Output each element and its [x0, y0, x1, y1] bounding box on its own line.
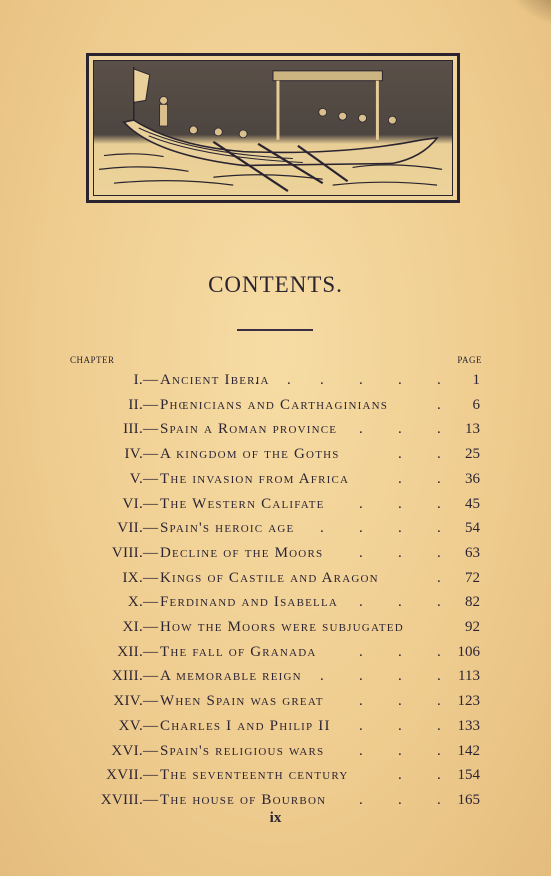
toc-entry: IV.—A kingdom of the Goths..25 — [0, 443, 551, 465]
leader-dot: . — [398, 764, 402, 786]
chapter-title: The seventeenth century — [160, 764, 348, 786]
em-dash-separator: — — [143, 394, 158, 416]
chapter-title: Phœnicians and Carthaginians — [160, 394, 388, 416]
toc-entry: XI.—How the Moors were subjugated92 — [0, 616, 551, 638]
toc-entry: X.—Ferdinand and Isabella...82 — [0, 591, 551, 613]
barge-engraving — [93, 60, 453, 196]
page-number: 63 — [465, 542, 480, 564]
page-number: 25 — [465, 443, 480, 465]
chapter-numeral: II. — [128, 394, 143, 416]
chapter-numeral: XIII. — [112, 665, 143, 687]
chapter-title: Ancient Iberia — [160, 369, 270, 391]
chapter-numeral: I. — [134, 369, 143, 391]
leader-dot: . — [398, 789, 402, 811]
toc-entry: II.—Phœnicians and Carthaginians.6 — [0, 394, 551, 416]
leader-dot: . — [437, 789, 441, 811]
toc-entry: V.—The invasion from Africa..36 — [0, 468, 551, 490]
page-number: 106 — [458, 641, 481, 663]
leader-dot: . — [359, 665, 363, 687]
em-dash-separator: — — [143, 616, 158, 638]
page-number: 13 — [465, 418, 480, 440]
leader-dot: . — [398, 468, 402, 490]
em-dash-separator: — — [143, 665, 158, 687]
chapter-numeral: VII. — [117, 517, 143, 539]
em-dash-separator: — — [143, 369, 158, 391]
chapter-title: The Western Califate — [160, 493, 325, 515]
page-number: 82 — [465, 591, 480, 613]
leader-dot: . — [437, 567, 441, 589]
page-folio: ix — [0, 810, 551, 827]
chapter-numeral: VIII. — [112, 542, 143, 564]
leader-dot: . — [359, 740, 363, 762]
leader-dot: . — [437, 715, 441, 737]
page-number: 6 — [473, 394, 481, 416]
em-dash-separator: — — [143, 443, 158, 465]
leader-dot: . — [359, 369, 363, 391]
toc-entry: VIII.—Decline of the Moors...63 — [0, 542, 551, 564]
em-dash-separator: — — [143, 418, 158, 440]
page-number: 154 — [458, 764, 481, 786]
title-rule-divider — [237, 329, 313, 331]
chapter-numeral: XV. — [119, 715, 143, 737]
em-dash-separator: — — [143, 764, 158, 786]
page-number: 1 — [473, 369, 481, 391]
leader-dot: . — [359, 690, 363, 712]
leader-dot: . — [437, 542, 441, 564]
chapter-title: Charles I and Philip II — [160, 715, 331, 737]
page-number: 36 — [465, 468, 480, 490]
em-dash-separator: — — [143, 567, 158, 589]
chapter-numeral: X. — [128, 591, 143, 613]
chapter-numeral: V. — [130, 468, 143, 490]
page-number: 133 — [458, 715, 481, 737]
leader-dot: . — [437, 641, 441, 663]
em-dash-separator: — — [143, 542, 158, 564]
leader-dot: . — [398, 665, 402, 687]
barge-engraving-icon — [94, 61, 452, 195]
toc-entry: XVI.—Spain's religious wars...142 — [0, 740, 551, 762]
leader-dot: . — [437, 690, 441, 712]
chapter-title: When Spain was great — [160, 690, 324, 712]
page-column-header: PAGE — [457, 355, 482, 365]
page-number: 45 — [465, 493, 480, 515]
leader-dot: . — [437, 369, 441, 391]
chapter-title: The house of Bourbon — [160, 789, 326, 811]
toc-entry: XII.—The fall of Granada...106 — [0, 641, 551, 663]
toc-entry: XV.—Charles I and Philip II...133 — [0, 715, 551, 737]
leader-dot: . — [398, 418, 402, 440]
leader-dot: . — [398, 690, 402, 712]
toc-entry: XVIII.—The house of Bourbon...165 — [0, 789, 551, 811]
leader-dot: . — [437, 394, 441, 416]
em-dash-separator: — — [143, 517, 158, 539]
chapter-title: Decline of the Moors — [160, 542, 323, 564]
leader-dot: . — [398, 517, 402, 539]
em-dash-separator: — — [143, 641, 158, 663]
leader-dot: . — [359, 418, 363, 440]
leader-dot: . — [437, 591, 441, 613]
page-number: 142 — [458, 740, 481, 762]
toc-entry: IX.—Kings of Castile and Aragon.72 — [0, 567, 551, 589]
chapter-numeral: IX. — [123, 567, 143, 589]
leader-dot: . — [398, 369, 402, 391]
leader-dot: . — [320, 369, 324, 391]
leader-dot: . — [320, 517, 324, 539]
chapter-numeral: VI. — [123, 493, 143, 515]
leader-dot: . — [398, 715, 402, 737]
toc-entry: XIV.—When Spain was great...123 — [0, 690, 551, 712]
toc-entry: VI.—The Western Califate...45 — [0, 493, 551, 515]
leader-dot: . — [320, 665, 324, 687]
toc-entry: I.—Ancient Iberia......1 — [0, 369, 551, 391]
chapter-column-header: CHAPTER — [70, 355, 115, 365]
leader-dot: . — [398, 443, 402, 465]
chapter-title: The invasion from Africa — [160, 468, 349, 490]
chapter-title: Kings of Castile and Aragon — [160, 567, 379, 589]
leader-dot: . — [398, 493, 402, 515]
page-number: 165 — [458, 789, 481, 811]
chapter-numeral: XVI. — [111, 740, 143, 762]
page-number: 123 — [458, 690, 481, 712]
leader-dot: . — [359, 789, 363, 811]
leader-dot: . — [437, 665, 441, 687]
chapter-numeral: XII. — [117, 641, 143, 663]
leader-dot: . — [398, 591, 402, 613]
leader-dot: . — [359, 542, 363, 564]
page-number: 113 — [458, 665, 480, 687]
em-dash-separator: — — [143, 591, 158, 613]
leader-dot: . — [255, 369, 259, 391]
em-dash-separator: — — [143, 468, 158, 490]
column-header-row: CHAPTER PAGE — [70, 355, 482, 367]
leader-dot: . — [437, 517, 441, 539]
leader-dot: . — [437, 764, 441, 786]
page-number: 72 — [465, 567, 480, 589]
leader-dot: . — [398, 641, 402, 663]
page-number: 54 — [465, 517, 480, 539]
leader-dot: . — [359, 493, 363, 515]
chapter-title: Ferdinand and Isabella — [160, 591, 338, 613]
em-dash-separator: — — [143, 715, 158, 737]
leader-dot: . — [437, 418, 441, 440]
toc-entry: XIII.—A memorable reign....113 — [0, 665, 551, 687]
chapter-title: A kingdom of the Goths — [160, 443, 340, 465]
leader-dot: . — [437, 468, 441, 490]
leader-dot: . — [437, 493, 441, 515]
leader-dot: . — [359, 641, 363, 663]
em-dash-separator: — — [143, 789, 158, 811]
leader-dot: . — [359, 591, 363, 613]
chapter-numeral: XIV. — [113, 690, 143, 712]
leader-dot: . — [359, 715, 363, 737]
header-illustration — [86, 53, 460, 203]
page-title: CONTENTS. — [0, 272, 551, 298]
em-dash-separator: — — [143, 740, 158, 762]
chapter-numeral: XVIII. — [101, 789, 143, 811]
leader-dot: . — [437, 443, 441, 465]
chapter-title: Spain's heroic age — [160, 517, 294, 539]
em-dash-separator: — — [143, 493, 158, 515]
toc-entry: III.—Spain a Roman province...13 — [0, 418, 551, 440]
chapter-title: Spain a Roman province — [160, 418, 337, 440]
chapter-numeral: XVII. — [106, 764, 143, 786]
leader-dot: . — [398, 740, 402, 762]
em-dash-separator: — — [143, 690, 158, 712]
page-corner-shadow — [501, 0, 551, 30]
leader-dot: . — [398, 542, 402, 564]
chapter-title: Spain's religious wars — [160, 740, 324, 762]
leader-dot: . — [359, 517, 363, 539]
chapter-title: A memorable reign — [160, 665, 302, 687]
chapter-numeral: III. — [123, 418, 143, 440]
toc-entry: XVII.—The seventeenth century..154 — [0, 764, 551, 786]
chapter-numeral: XI. — [123, 616, 143, 638]
page-number: 92 — [465, 616, 480, 638]
leader-dot: . — [437, 740, 441, 762]
toc-entry: VII.—Spain's heroic age....54 — [0, 517, 551, 539]
chapter-title: How the Moors were subjugated — [160, 616, 404, 638]
leader-dot: . — [287, 369, 291, 391]
chapter-title: The fall of Granada — [160, 641, 317, 663]
chapter-numeral: IV. — [124, 443, 143, 465]
